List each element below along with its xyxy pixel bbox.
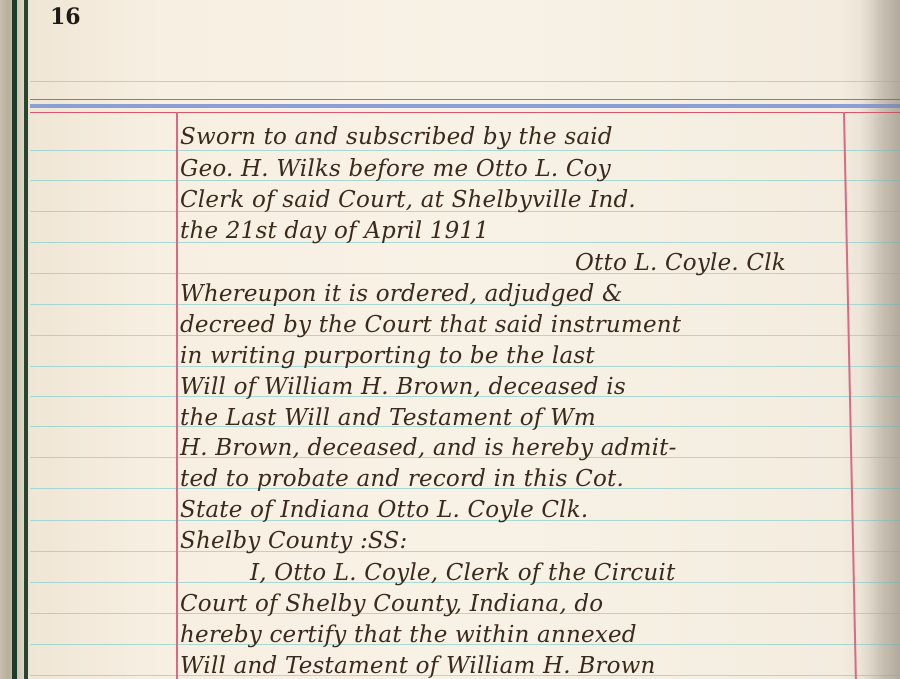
entry-line: I, Otto L. Coyle, Clerk of the Circuit <box>250 558 675 588</box>
header-rule-red <box>30 99 900 100</box>
entry-line: H. Brown, deceased, and is hereby admit- <box>180 433 677 463</box>
left-margin-rule <box>176 112 178 679</box>
page-number: 16 <box>50 4 81 30</box>
header-rule-red <box>30 112 900 113</box>
entry-line: the 21st day of April 1911 <box>180 216 489 246</box>
entry-line: Geo. H. Wilks before me Otto L. Coy <box>180 154 611 184</box>
entry-line: Will of William H. Brown, deceased is <box>180 372 626 402</box>
entry-line: ted to probate and record in this Cot. <box>180 464 624 494</box>
entry-line: in writing purporting to be the last <box>180 341 595 371</box>
entry-line: Will and Testament of William H. Brown <box>180 651 656 679</box>
ruled-line <box>30 81 900 82</box>
entry-line: the Last Will and Testament of Wm <box>180 403 596 433</box>
entry-line: Whereupon it is ordered, adjudged & <box>180 279 623 309</box>
entry-line: decreed by the Court that said instrumen… <box>180 310 681 340</box>
entry-line: hereby certify that the within annexed <box>180 620 637 650</box>
page-fold-shadow <box>860 0 900 679</box>
ledger-page: 16 Sworn to and subscribed by the said G… <box>0 0 900 679</box>
binding-line <box>12 0 17 679</box>
ruled-line <box>30 551 900 552</box>
entry-line: Court of Shelby County, Indiana, do <box>180 589 603 619</box>
clerk-signature: Otto L. Coyle. Clk <box>575 248 786 278</box>
entry-line: Shelby County :SS: <box>180 526 407 556</box>
entry-line: Clerk of said Court, at Shelbyville Ind. <box>180 185 636 215</box>
header-rule-blue <box>30 104 900 108</box>
binding-line <box>24 0 28 679</box>
entry-line: State of Indiana Otto L. Coyle Clk. <box>180 495 588 525</box>
entry-line: Sworn to and subscribed by the said <box>180 122 613 152</box>
